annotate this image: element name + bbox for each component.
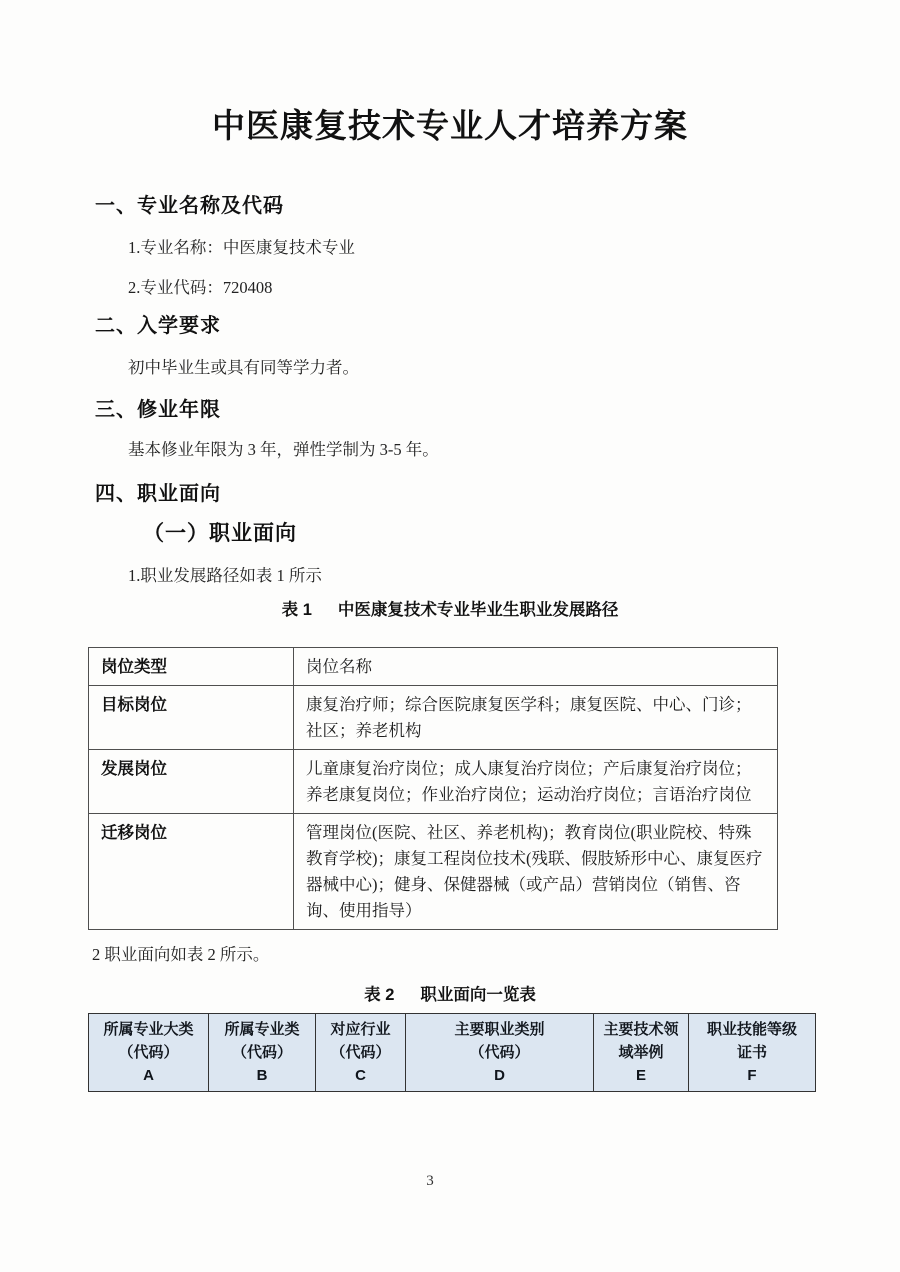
table1-row1-type: 目标岗位 (89, 686, 294, 750)
table2-caption-title: 职业面向一览表 (420, 986, 536, 1004)
table1-header-post-type: 岗位类型 (89, 648, 294, 686)
table1-caption-label: 表 1 (282, 601, 312, 619)
section-1-item-major-name: 1.专业名称：中医康复技术专业 (128, 237, 355, 259)
section-1-item-major-code: 2.专业代码：720408 (128, 277, 272, 299)
table2-header-occupation-category: 主要职业类别 （代码） D (406, 1014, 594, 1092)
table1-caption: 表 1中医康复技术专业毕业生职业发展路径 (0, 596, 900, 620)
section-3-heading: 三、修业年限 (95, 393, 221, 422)
section-4-heading: 四、职业面向 (95, 477, 221, 506)
table1-row2-names: 儿童康复治疗岗位；成人康复治疗岗位；产后康复治疗岗位；养老康复岗位；作业治疗岗位… (294, 750, 778, 814)
table2-header-row: 所属专业大类 （代码） A 所属专业类 （代码） B 对应行业 （代码） C 主… (89, 1014, 816, 1092)
table-row: 迁移岗位 管理岗位(医院、社区、养老机构)；教育岗位(职业院校、特殊教育学校)；… (89, 814, 778, 930)
table2-header-major-category: 所属专业大类 （代码） A (89, 1014, 209, 1092)
table1-row1-names: 康复治疗师；综合医院康复医学科；康复医院、中心、门诊；社区；养老机构 (294, 686, 778, 750)
table2-header-tech-field: 主要技术领 域举例 E (594, 1014, 689, 1092)
table-row: 目标岗位 康复治疗师；综合医院康复医学科；康复医院、中心、门诊；社区；养老机构 (89, 686, 778, 750)
section-2-heading: 二、入学要求 (95, 309, 221, 338)
table2-intro-text: 2 职业面向如表 2 所示。 (92, 944, 269, 966)
document-page: 中医康复技术专业人才培养方案 一、专业名称及代码 1.专业名称：中医康复技术专业… (0, 0, 900, 1272)
section-2-body: 初中毕业生或具有同等学力者。 (128, 357, 359, 379)
table2-caption-label: 表 2 (364, 986, 394, 1004)
page-title: 中医康复技术专业人才培养方案 (0, 100, 900, 147)
section-4-sub-heading: （一）职业面向 (143, 517, 297, 547)
table1-row2-type: 发展岗位 (89, 750, 294, 814)
section-1-heading: 一、专业名称及代码 (95, 189, 284, 218)
table2-header-industry: 对应行业 （代码） C (316, 1014, 406, 1092)
table1-row3-type: 迁移岗位 (89, 814, 294, 930)
table1-row3-names: 管理岗位(医院、社区、养老机构)；教育岗位(职业院校、特殊教育学校)；康复工程岗… (294, 814, 778, 930)
table2-occupation-overview: 所属专业大类 （代码） A 所属专业类 （代码） B 对应行业 （代码） C 主… (88, 1013, 816, 1092)
page-number: 3 (0, 1173, 860, 1190)
table1-caption-title: 中医康复技术专业毕业生职业发展路径 (338, 601, 619, 619)
table2-header-major-class: 所属专业类 （代码） B (209, 1014, 316, 1092)
table2-header-skill-certificate: 职业技能等级 证书 F (689, 1014, 816, 1092)
table1-header-post-name: 岗位名称 (294, 648, 778, 686)
table2-caption: 表 2职业面向一览表 (0, 981, 900, 1005)
section-3-body: 基本修业年限为 3 年，弹性学制为 3-5 年。 (128, 439, 439, 461)
table1-career-development-path: 岗位类型 岗位名称 目标岗位 康复治疗师；综合医院康复医学科；康复医院、中心、门… (88, 647, 778, 930)
table1-header-row: 岗位类型 岗位名称 (89, 648, 778, 686)
table1-intro-text: 1.职业发展路径如表 1 所示 (128, 565, 322, 587)
table-row: 发展岗位 儿童康复治疗岗位；成人康复治疗岗位；产后康复治疗岗位；养老康复岗位；作… (89, 750, 778, 814)
